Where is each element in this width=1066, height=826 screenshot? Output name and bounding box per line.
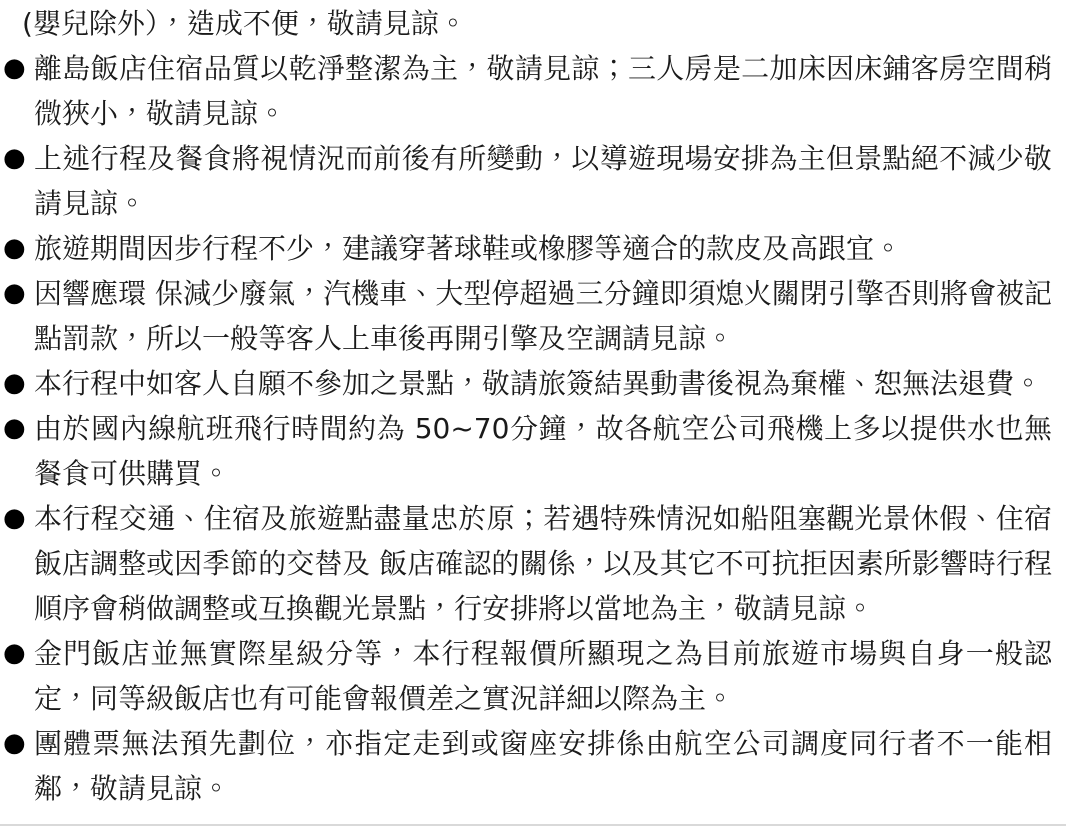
bullet-icon: ●: [3, 631, 26, 676]
note-text: 金門飯店並無實際星級分等，本行程報價所顯現之為目前旅遊市場與自身一般認定，同等級…: [34, 637, 1052, 715]
bullet-icon: ●: [3, 496, 26, 541]
note-text: 由於國內線航班飛行時間約為 50~70分鐘，故各航空公司飛機上多以提供水也無 餐…: [34, 412, 1052, 490]
note-item: ● 金門飯店並無實際星級分等，本行程報價所顯現之為目前旅遊市場與自身一般認定，同…: [3, 631, 1052, 721]
note-text: 本行程交通、住宿及旅遊點盡量忠於原；若遇特殊情況如船阻塞觀光景休假、住宿飯店調整…: [34, 502, 1052, 625]
bullet-icon: ●: [3, 271, 26, 316]
note-item: ● 團體票無法預先劃位，亦指定走到或窗座安排係由航空公司調度同行者不一能相鄰，敬…: [3, 721, 1052, 811]
note-item: ● 旅遊期間因步行程不少，建議穿著球鞋或橡膠等適合的款皮及高跟宜。: [3, 226, 1052, 271]
note-item: ● 上述行程及餐食將視情況而前後有所變動，以導遊現場安排為主但景點絕不減少敬請見…: [3, 136, 1052, 226]
bullet-icon: ●: [3, 46, 26, 91]
document-page: (嬰兒除外），造成不便，敬請見諒。 ● 離島飯店住宿品質以乾淨整潔為主，敬請見諒…: [0, 0, 1066, 826]
note-text: 旅遊期間因步行程不少，建議穿著球鞋或橡膠等適合的款皮及高跟宜。: [34, 232, 902, 265]
note-item: ● 由於國內線航班飛行時間約為 50~70分鐘，故各航空公司飛機上多以提供水也無…: [3, 406, 1052, 496]
note-text: 離島飯店住宿品質以乾淨整潔為主，敬請見諒；三人房是二加床因床鋪客房空間稍微狹小，…: [34, 52, 1052, 130]
note-continuation-line: (嬰兒除外），造成不便，敬請見諒。: [3, 1, 1052, 46]
bullet-icon: ●: [3, 721, 26, 766]
bullet-icon: ●: [3, 226, 26, 271]
note-text: 本行程中如客人自願不參加之景點，敬請旅簽結異動書後視為棄權、恕無法退費。: [34, 367, 1042, 400]
bullet-icon: ●: [3, 361, 26, 406]
note-item: ● 離島飯店住宿品質以乾淨整潔為主，敬請見諒；三人房是二加床因床鋪客房空間稍微狹…: [3, 46, 1052, 136]
note-item: ● 本行程中如客人自願不參加之景點，敬請旅簽結異動書後視為棄權、恕無法退費。: [3, 361, 1052, 406]
bullet-icon: ●: [3, 406, 26, 451]
note-item: ● 因響應環 保減少廢氣，汽機車、大型停超過三分鐘即須熄火關閉引擎否則將會被記點…: [3, 271, 1052, 361]
note-text: 因響應環 保減少廢氣，汽機車、大型停超過三分鐘即須熄火關閉引擎否則將會被記點罰款…: [34, 277, 1052, 355]
note-item: ● 本行程交通、住宿及旅遊點盡量忠於原；若遇特殊情況如船阻塞觀光景休假、住宿飯店…: [3, 496, 1052, 631]
note-text: 團體票無法預先劃位，亦指定走到或窗座安排係由航空公司調度同行者不一能相鄰，敬請見…: [34, 727, 1052, 805]
travel-notes-list: (嬰兒除外），造成不便，敬請見諒。 ● 離島飯店住宿品質以乾淨整潔為主，敬請見諒…: [3, 1, 1052, 811]
bullet-icon: ●: [3, 136, 26, 181]
note-text: 上述行程及餐食將視情況而前後有所變動，以導遊現場安排為主但景點絕不減少敬請見諒。: [34, 142, 1052, 220]
